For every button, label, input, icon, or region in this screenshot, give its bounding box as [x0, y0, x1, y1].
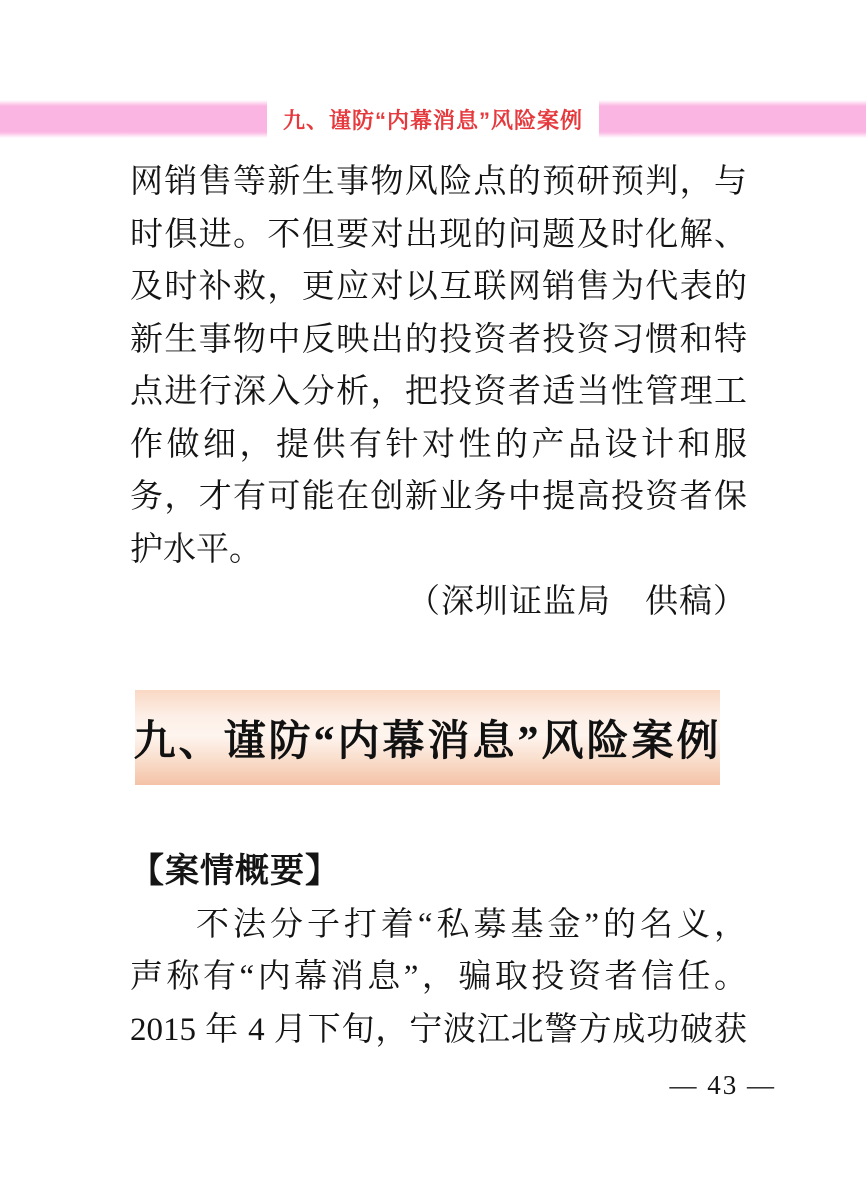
body-line: 务，才有可能在创新业务中提高投资者保	[130, 471, 747, 524]
page-number: — 43 —	[670, 1070, 777, 1101]
body-line: 网销售等新生事物风险点的预研预判，与	[130, 156, 747, 209]
case-line: 不法分子打着“私募基金”的名义，	[130, 899, 747, 952]
body-line: 时俱进。不但要对出现的问题及时化解、	[130, 209, 747, 262]
document-page: 九、谨防“内幕消息”风险案例 网销售等新生事物风险点的预研预判，与 时俱进。不但…	[0, 0, 866, 1189]
running-head-pink-right	[599, 100, 866, 138]
body-line: 护水平。	[130, 524, 747, 577]
running-head-pink-left	[0, 100, 267, 138]
case-line: 2015 年 4 月下旬，宁波江北警方成功破获	[130, 1004, 747, 1057]
body-line: 点进行深入分析，把投资者适当性管理工	[130, 366, 747, 419]
body-line: 及时补救，更应对以互联网销售为代表的	[130, 261, 747, 314]
section-title-band: 九、谨防“内幕消息”风险案例	[135, 690, 720, 785]
case-summary-block: 【案情概要】 不法分子打着“私募基金”的名义， 声称有“内幕消息”，骗取投资者信…	[130, 846, 747, 1056]
running-head-title-box: 九、谨防“内幕消息”风险案例	[267, 100, 599, 138]
body-paragraph: 网销售等新生事物风险点的预研预判，与 时俱进。不但要对出现的问题及时化解、 及时…	[130, 156, 747, 629]
body-line: 作做细，提供有针对性的产品设计和服	[130, 419, 747, 472]
attribution: （深圳证监局 供稿）	[130, 576, 747, 629]
running-head-title: 九、谨防“内幕消息”风险案例	[283, 104, 583, 135]
case-summary-heading: 【案情概要】	[130, 846, 747, 899]
body-line: 新生事物中反映出的投资者投资习惯和特	[130, 314, 747, 367]
running-head-band: 九、谨防“内幕消息”风险案例	[0, 100, 866, 138]
case-line: 声称有“内幕消息”，骗取投资者信任。	[130, 951, 747, 1004]
section-title: 九、谨防“内幕消息”风险案例	[134, 708, 722, 768]
